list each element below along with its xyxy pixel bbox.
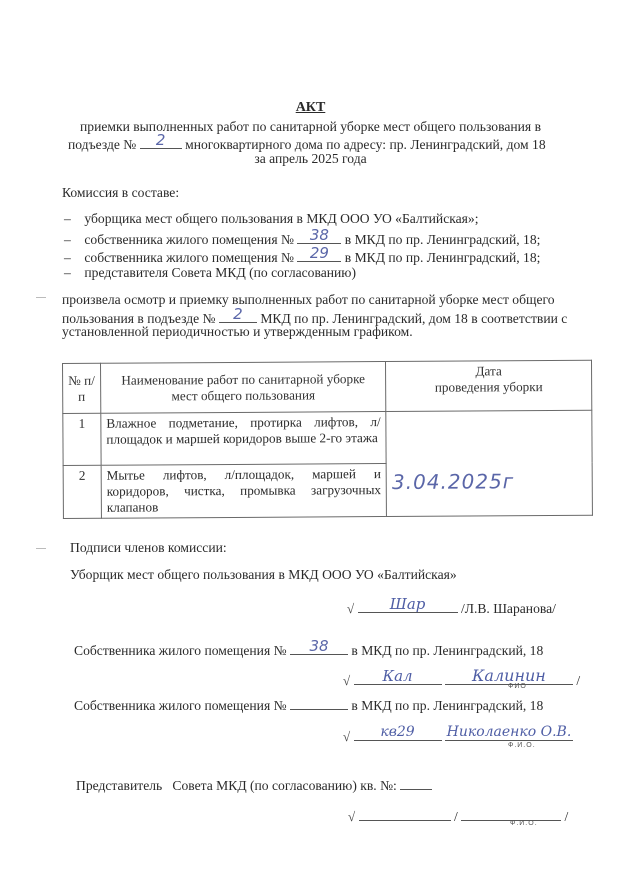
scan-mark [36,297,46,298]
owner-1-fio-field[interactable]: Калинин [445,664,573,685]
owner-2-suffix: в МКД по пр. Ленинградский, 18 [351,698,543,713]
council-line: Представитель Совета МКД (по согласовани… [76,777,432,794]
owner-2-signature-line: √ кв29 Николаенко О.В. [343,720,573,745]
owner-2-signature-field[interactable]: кв29 [354,720,442,741]
owner-1-signature-line: √ Кал Калинин / [343,664,580,689]
cleaner-name: /Л.В. Шаранова/ [461,601,556,616]
member-suffix: в МКД по пр. Ленинградский, 18; [345,232,541,247]
council-label: Представитель Совета МКД (по согласовани… [76,778,397,793]
owner-1-prefix: Собственника жилого помещения № [74,643,287,658]
checkmark-icon: √ [343,729,350,744]
cleaner-signature: Шар [358,596,458,612]
owner-2-line: Собственника жилого помещения № в МКД по… [74,695,543,714]
apartment-number-field[interactable]: 38 [297,229,341,244]
member-suffix: в МКД по пр. Ленинградский, 18; [345,250,541,265]
member-text: уборщика мест общего пользования в МКД О… [84,211,478,226]
council-apartment-field[interactable] [400,777,432,790]
header-work-name-line-2: мест общего пользования [106,387,380,405]
header-work-name: Наименование работ по санитарной уборке … [100,362,386,414]
owner-2-fio-label: Ф.И.О. [508,742,536,749]
council-fio-label: Ф.И.О. [510,820,538,827]
list-dash: – [64,232,71,247]
paragraph-line-3: установленной периодичностью и утвержден… [62,324,413,340]
owner-2-signature: кв29 [354,724,442,740]
subtitle-suffix: многоквартирного дома по адресу: пр. Лен… [185,137,546,152]
council-signature-field[interactable] [359,806,451,821]
date-cell[interactable]: 3.04.2025г [386,410,592,516]
subtitle-line-1: приемки выполненных работ по санитарной … [0,119,621,135]
member-prefix: собственника жилого помещения № [84,250,294,265]
owner-1-line: Собственника жилого помещения № 38 в МКД… [74,640,543,659]
act-document: АКТ приемки выполненных работ по санитар… [0,0,621,877]
header-date-line-1: Дата [391,363,586,380]
commission-member-council: – представителя Совета МКД (по согласова… [64,265,356,281]
header-work-name-line-1: Наименование работ по санитарной уборке [106,371,380,389]
member-prefix: собственника жилого помещения № [84,232,294,247]
commission-member-cleaner: – уборщика мест общего пользования в МКД… [64,211,479,227]
member-text: представителя Совета МКД (по согласовани… [84,265,356,280]
cleaner-label: Уборщик мест общего пользования в МКД ОО… [70,567,457,583]
owner-2-fio-field[interactable]: Николаенко О.В. [445,720,573,741]
entrance-number-field[interactable]: 2 [219,308,257,323]
signatures-heading: Подписи членов комиссии: [70,540,227,556]
cleaner-signature-field[interactable]: Шар [358,596,458,613]
list-dash: – [64,211,71,226]
scan-mark [36,548,46,549]
entrance-number-handwritten: 2 [140,132,182,148]
row-num: 1 [63,413,101,465]
header-date: Дата проведения уборки [386,360,592,411]
paragraph-line-1: произвела осмотр и приемку выполненных р… [62,292,555,308]
checkmark-icon: √ [343,673,350,688]
table-header-row: № п/п Наименование работ по санитарной у… [63,360,592,413]
document-title: АКТ [0,100,621,116]
checkmark-icon: √ [348,809,355,824]
apartment-number-handwritten: 29 [297,245,341,261]
list-dash: – [64,250,71,265]
checkmark-icon: √ [347,601,354,616]
works-table: № п/п Наименование работ по санитарной у… [62,360,593,519]
council-fio-field[interactable] [461,806,561,821]
row-num: 2 [63,465,101,518]
owner-1-slash: / [576,673,580,688]
council-slash-end: / [565,809,569,824]
commission-heading: Комиссия в составе: [62,185,179,201]
owner-1-signature: Кал [354,668,442,684]
owner-1-suffix: в МКД по пр. Ленинградский, 18 [351,643,543,658]
header-num: № п/п [63,363,101,413]
council-slash: / [454,809,458,824]
apartment-number-field[interactable]: 29 [297,247,341,262]
subtitle-prefix: подъезде № [68,137,136,152]
subtitle-line-3: за апрель 2025 года [0,151,621,167]
owner-1-fio-handwritten: Калинин [445,668,573,684]
commission-member-owner-2: – собственника жилого помещения № 29 в М… [64,247,540,266]
apartment-number-handwritten: 38 [297,227,341,243]
owner-2-apartment-field[interactable] [290,695,348,710]
entrance-number-handwritten: 2 [219,306,257,322]
cleaner-signature-line: √ Шар /Л.В. Шаранова/ [347,596,556,617]
header-date-line-2: проведения уборки [391,379,586,396]
owner-1-apartment-handwritten: 38 [290,638,348,654]
cleaning-date-handwritten: 3.04.2025г [392,437,587,490]
owner-2-prefix: Собственника жилого помещения № [74,698,287,713]
entrance-number-field[interactable]: 2 [140,134,182,149]
owner-1-apartment-field[interactable]: 38 [290,640,348,655]
owner-2-fio-handwritten: Николаенко О.В. [445,724,573,740]
row-work: Мытье лифтов, л/площадок, маршей и корид… [101,464,387,519]
owner-1-fio-label: ФИО [508,683,527,690]
owner-1-signature-field[interactable]: Кал [354,664,442,685]
list-dash: – [64,265,71,280]
row-work: Влажное подметание, протирка лифтов, л/п… [101,412,387,466]
table-row: 1 Влажное подметание, протирка лифтов, л… [63,410,592,465]
